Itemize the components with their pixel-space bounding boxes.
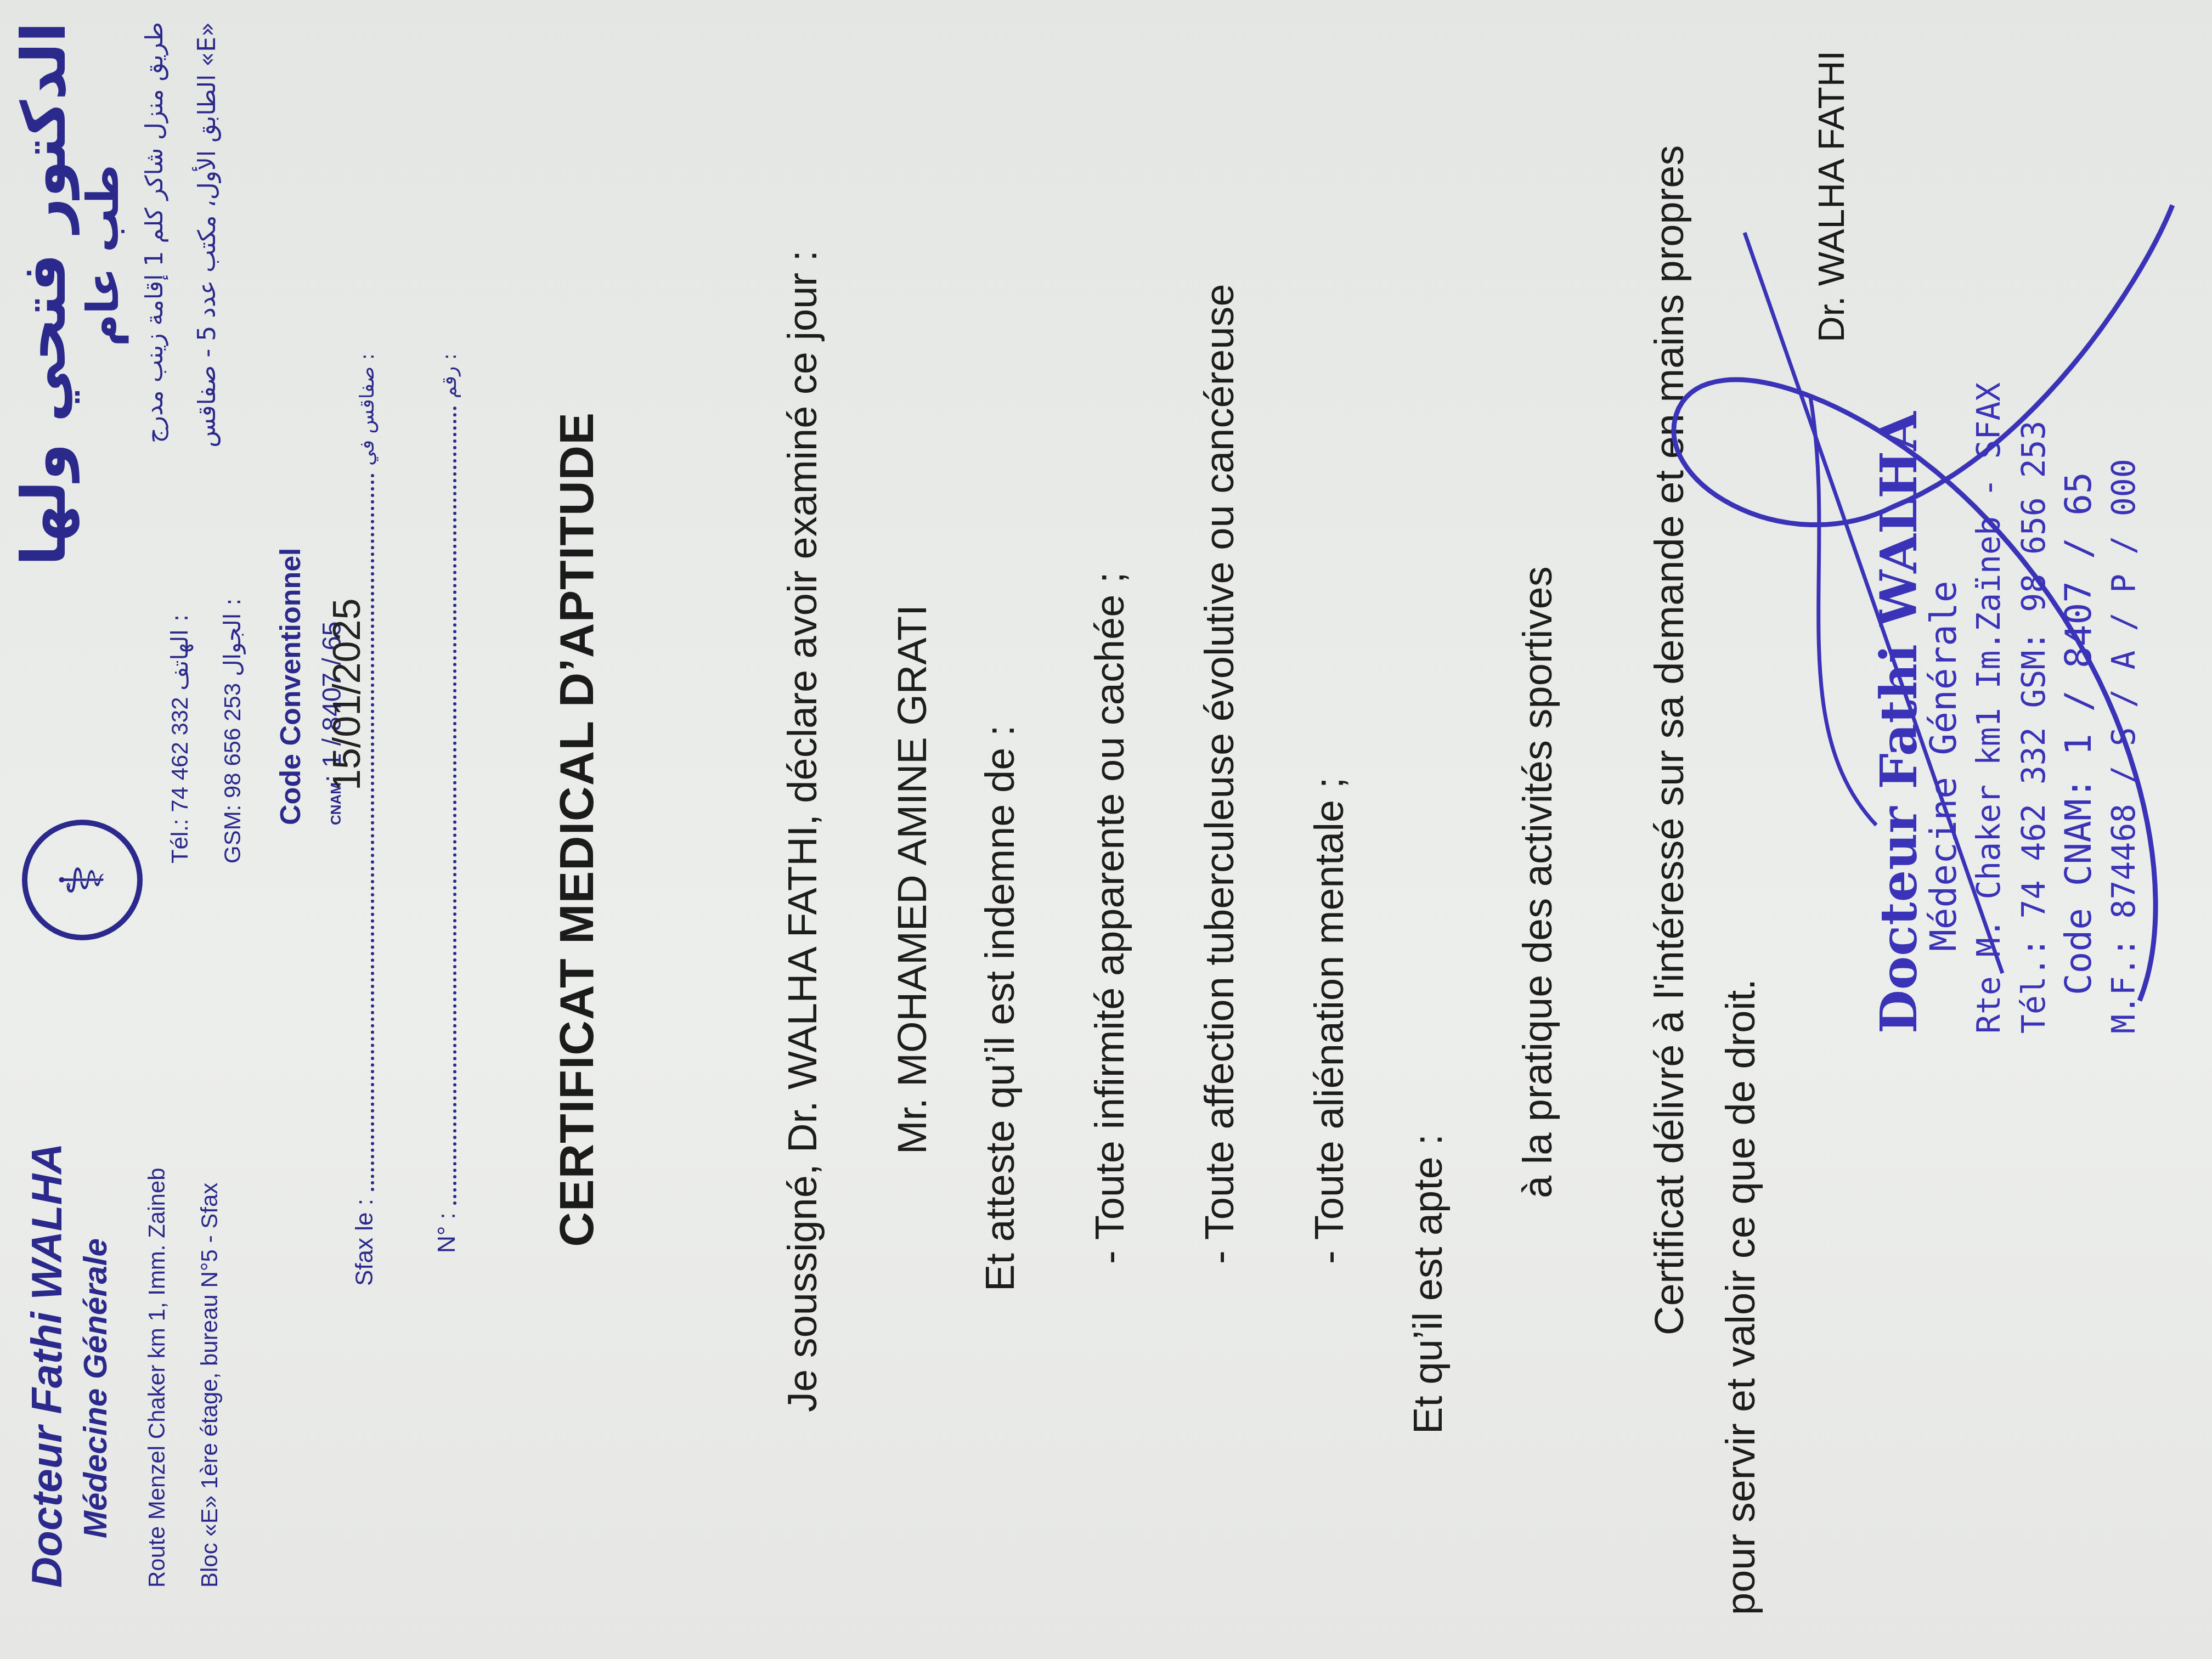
stethoscope-icon: ⚕	[22, 820, 143, 940]
address-line-1: Route Menzel Chaker km 1, Imm. Zaineb	[131, 874, 183, 1588]
number-label-ar: رقم :	[438, 353, 461, 398]
attest-intro: Et atteste qu’il est indemne de :	[977, 725, 1023, 1292]
patient-name: Mr. MOHAMED AMINE GRATI	[889, 605, 935, 1154]
code-title: Code Conventionnel	[274, 548, 307, 825]
address-line-2: Bloc «E» 1ère étage, bureau N°5 - Sfax	[183, 874, 236, 1588]
phone: Tél.: 74 462 332	[167, 697, 193, 864]
apt-activity: à la pratique des activités sportives	[1514, 566, 1561, 1198]
number-dotted-line	[448, 406, 456, 1205]
number-label: N° :	[433, 1212, 461, 1253]
certificate-title: CERTIFICAT MEDICAL D’APTITUDE	[549, 0, 605, 1659]
date-label-ar: صفاقس في :	[356, 353, 379, 466]
specialty: Médecine Générale	[76, 874, 114, 1538]
condition-2: - Toute affection tuberculeuse évolutive…	[1196, 284, 1243, 1264]
date-value: 15/01/2025	[325, 599, 369, 791]
contact-block: Tél.: 74 462 332 الهاتف : GSM: 98 656 25…	[154, 598, 259, 864]
number-field: N° : رقم :	[433, 353, 461, 1253]
gsm: GSM: 98 656 253	[219, 683, 245, 864]
date-dotted-line: 15/01/2025	[365, 473, 374, 1191]
declaration: Je soussigné, Dr. WALHA FATHI, déclare a…	[779, 250, 826, 1412]
address-ar-1: طريق منزل شاكر كلم 1 إقامة زينب مدرج	[128, 22, 181, 625]
letterhead-french: Docteur Fathi WALHA Médecine Générale Ro…	[22, 874, 236, 1588]
signature-scribble	[1646, 178, 2194, 1056]
doctor-name-ar: الدكتور فتحي ولها	[11, 22, 77, 625]
address-ar-2: «E» الطابق الأول، مكتب عدد 5 - صفاقس	[181, 22, 234, 625]
date-label: Sfax le :	[351, 1199, 379, 1286]
date-field: Sfax le : 15/01/2025 صفاقس في :	[351, 353, 379, 1286]
phone-ar-label: الهاتف :	[166, 614, 193, 690]
specialty-ar: طب عام	[77, 165, 128, 625]
closing-line-2: pour servir et valoir ce que de droit.	[1717, 979, 1764, 1615]
medical-certificate-page: Docteur Fathi WALHA Médecine Générale Ro…	[0, 0, 2212, 1659]
condition-1: - Toute infirmité apparente ou cachée ;	[1086, 572, 1133, 1264]
apt-intro: Et qu’il est apte :	[1404, 1134, 1451, 1434]
condition-3: - Toute aliénation mentale ;	[1306, 777, 1352, 1264]
doctor-name: Docteur Fathi WALHA	[22, 874, 72, 1588]
letterhead-arabic: الدكتور فتحي ولها طب عام طريق منزل شاكر …	[11, 22, 234, 625]
